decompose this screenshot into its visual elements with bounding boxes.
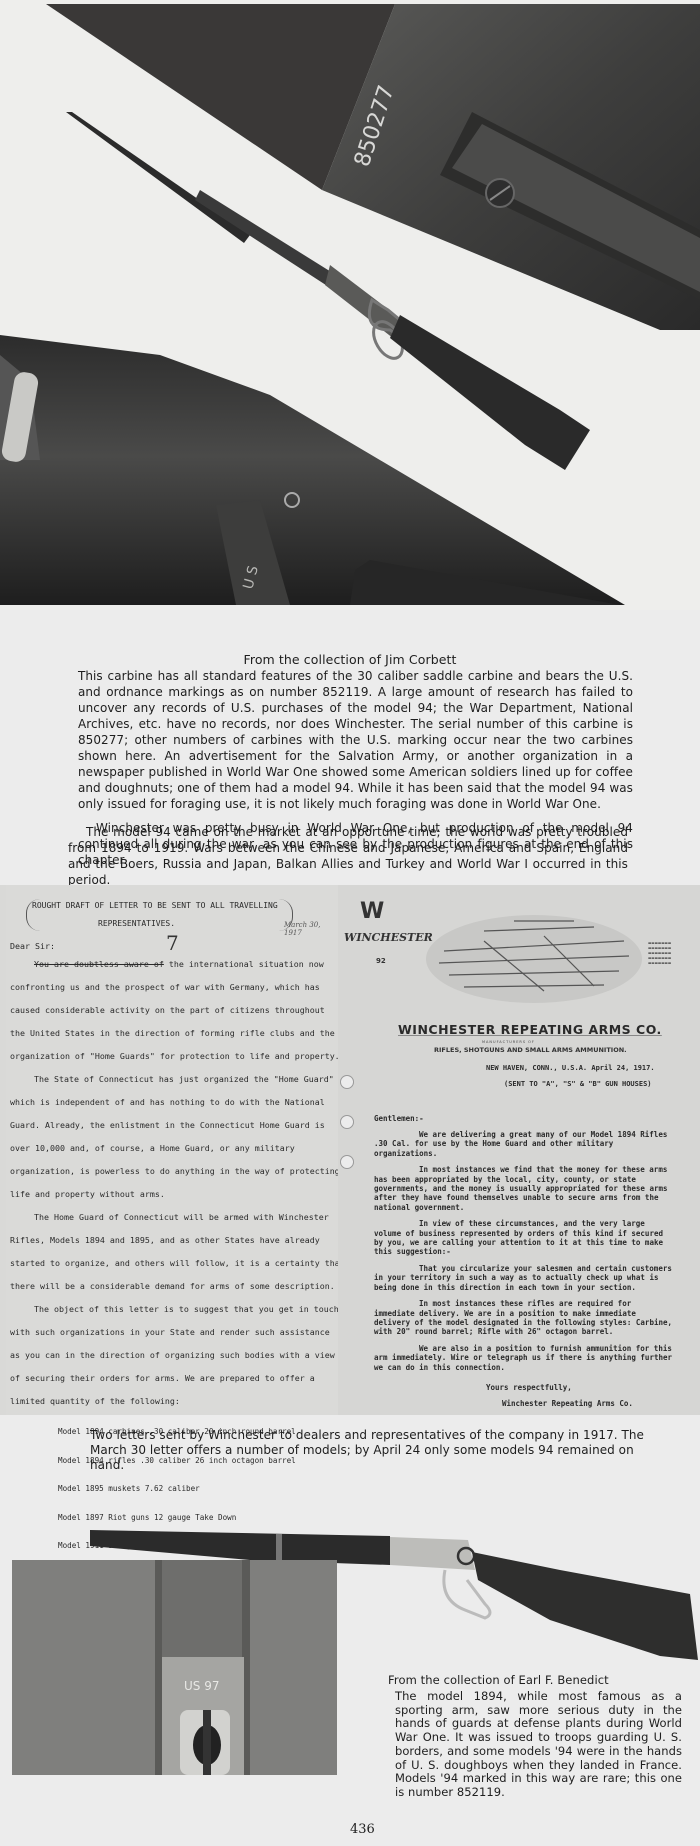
letter-line: confronting us and the prospect of war w… — [10, 976, 320, 999]
letter-paragraph: That you circularize your salesmen and c… — [374, 1264, 674, 1292]
company-name: WINCHESTER REPEATING ARMS CO. — [398, 1022, 662, 1037]
us-marking-detail-photo: US 97 — [12, 1560, 337, 1775]
march-letter-heading-line2: REPRESENTATIVES. — [98, 912, 175, 935]
letter-line: over 10,000 and, of course, a Home Guard… — [10, 1137, 295, 1160]
corbett-caption-paragraph: This carbine has all standard features o… — [78, 668, 633, 812]
barrel-band-illustration: US 97 — [12, 1560, 337, 1775]
place-date: NEW HAVEN, CONN., U.S.A. April 24, 1917. — [486, 1064, 655, 1072]
letter-paragraph: We are also in a position to furnish amm… — [374, 1344, 674, 1372]
sent-to-note: (SENT TO "A", "S" & "B" GUN HOUSES) — [504, 1080, 652, 1088]
winchester-w-logo: W — [360, 899, 384, 924]
letter-line: as you can in the direction of organizin… — [10, 1344, 335, 1367]
body-paragraph: The model 94 came on the market at an op… — [68, 824, 628, 888]
april-letter-closing: Yours respectfully, — [486, 1383, 572, 1392]
april-letter: W WINCHESTER 92 ▬▬▬▬▬▬▬▬▬▬▬▬▬▬▬▬▬▬▬▬▬▬▬▬… — [338, 885, 700, 1415]
carbine-photo-illustration: 850277 U S — [0, 0, 700, 610]
us-97-marking: US 97 — [184, 1679, 219, 1693]
struck-text: You are doubtless aware of — [34, 959, 164, 969]
letter-paragraph: We are delivering a great many of our Mo… — [374, 1130, 674, 1158]
letters-caption: Two letters sent by Winchester to dealer… — [90, 1428, 655, 1473]
binder-hole — [340, 1115, 354, 1129]
products-line: RIFLES, SHOTGUNS AND SMALL ARMS AMMUNITI… — [434, 1046, 627, 1054]
letter-line: life and property without arms. — [10, 1183, 165, 1206]
april-letter-salutation: Gentlemen:- — [374, 1114, 424, 1123]
letter-paragraph: In most instances these rifles are requi… — [374, 1299, 674, 1337]
page-number: 436 — [350, 1822, 375, 1837]
winchester-wordmark: WINCHESTER — [344, 931, 433, 944]
april-letter-signature: Winchester Repeating Arms Co. — [502, 1399, 633, 1408]
march-letter-body: You are doubtless aware of the internati… — [34, 953, 324, 976]
letter-line: started to organize, and others will fol… — [10, 1252, 345, 1275]
corbett-caption-title: From the collection of Jim Corbett — [0, 652, 700, 667]
factory-engraving-illustration — [424, 911, 644, 1006]
letter-line: caused considerable activity on the part… — [10, 999, 325, 1022]
body-paragraph-text: The model 94 came on the market at an op… — [68, 824, 628, 888]
letters-photograph: ROUGHT DRAFT OF LETTER TO BE SENT TO ALL… — [0, 885, 700, 1415]
benedict-caption-title: From the collection of Earl F. Benedict — [388, 1673, 658, 1687]
binder-hole — [340, 1155, 354, 1169]
letter-line: The object of this letter is to suggest … — [34, 1298, 339, 1321]
letter-paragraph: In most instances we find that the money… — [374, 1165, 674, 1212]
letter-line: the United States in the direction of fo… — [10, 1022, 335, 1045]
model-item: Model 1895 muskets 7.62 caliber — [58, 1484, 296, 1494]
binder-hole — [340, 1075, 354, 1089]
manufacturers-of-label: MANUFACTURERS OF — [482, 1040, 535, 1044]
letter-line: The State of Connecticut has just organi… — [34, 1068, 334, 1091]
letter-line: of securing their orders for arms. We ar… — [10, 1367, 315, 1390]
letter-line: Guard. Already, the enlistment in the Co… — [10, 1114, 325, 1137]
march-letter: ROUGHT DRAFT OF LETTER TO BE SENT TO ALL… — [6, 885, 340, 1415]
benedict-caption: The model 1894, while most famous as a s… — [395, 1690, 682, 1800]
handwritten-mark: 7 — [166, 931, 179, 955]
letter-line: organization, is powerless to do anythin… — [10, 1160, 340, 1183]
letter-number: 92 — [376, 957, 386, 965]
letter-line: organization of "Home Guards" for protec… — [10, 1045, 340, 1068]
handwritten-date: March 30, 1917 — [284, 921, 340, 937]
letter-line: the international situation now — [169, 959, 324, 969]
directors-list: ▬▬▬▬▬▬▬▬▬▬▬▬▬▬▬▬▬▬▬▬▬▬▬▬▬▬▬▬▬▬▬▬▬▬▬ — [648, 941, 700, 966]
letter-line: which is independent of and has nothing … — [10, 1091, 325, 1114]
letter-line: The Home Guard of Connecticut will be ar… — [34, 1206, 329, 1229]
letter-line: Rifles, Models 1894 and 1895, and as oth… — [10, 1229, 320, 1252]
letter-line: there will be a considerable demand for … — [10, 1275, 335, 1298]
letter-paragraph: In view of these circumstances, and the … — [374, 1219, 674, 1257]
april-letter-body: We are delivering a great many of our Mo… — [374, 1130, 674, 1379]
top-photograph: 850277 U S — [0, 0, 700, 610]
letter-line: with such organizations in your State an… — [10, 1321, 330, 1344]
